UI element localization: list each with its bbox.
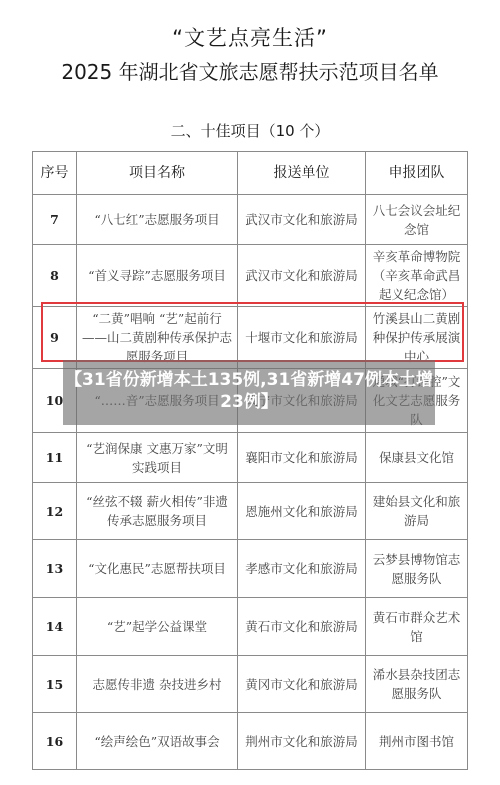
header-no: 序号 [33, 152, 77, 195]
row-team: 浠水县杂技团志愿服务队 [366, 656, 468, 713]
row-no: 11 [33, 433, 77, 483]
row-no: 8 [33, 245, 77, 307]
row-team: 保康县文化馆 [366, 433, 468, 483]
row-no: 12 [33, 483, 77, 540]
row-unit: 孝感市文化和旅游局 [238, 540, 366, 598]
table-row: 13 “文化惠民”志愿帮扶项目 孝感市文化和旅游局 云梦县博物馆志愿服务队 [33, 540, 468, 598]
table-row: 12 “丝弦不辍 薪火相传”非遗传承志愿服务项目 恩施州文化和旅游局 建始县文化… [33, 483, 468, 540]
row-team: 八七会议会址纪念馆 [366, 195, 468, 245]
table-row: 11 “艺润保康 文惠万家”文明实践项目 襄阳市文化和旅游局 保康县文化馆 [33, 433, 468, 483]
document-title-line2: 2025 年湖北省文旅志愿帮扶示范项目名单 [0, 56, 500, 85]
table-header-row: 序号 项目名称 报送单位 申报团队 [33, 152, 468, 195]
row-project: “绘声绘色”双语故事会 [77, 713, 238, 770]
row-project: “文化惠民”志愿帮扶项目 [77, 540, 238, 598]
row-project: 志愿传非遗 杂技进乡村 [77, 656, 238, 713]
table-row: 7 “八七红”志愿服务项目 武汉市文化和旅游局 八七会议会址纪念馆 [33, 195, 468, 245]
row-team: 黄石市群众艺术馆 [366, 598, 468, 656]
headline-overlay-banner: 【31省份新增本土135例,31省新增47例本土增23例】 [63, 360, 435, 425]
row-no: 14 [33, 598, 77, 656]
project-table: 序号 项目名称 报送单位 申报团队 7 “八七红”志愿服务项目 武汉市文化和旅游… [32, 151, 468, 770]
header-unit: 报送单位 [238, 152, 366, 195]
row-unit: 襄阳市文化和旅游局 [238, 433, 366, 483]
row-team: 荆州市图书馆 [366, 713, 468, 770]
header-project: 项目名称 [77, 152, 238, 195]
row-no: 13 [33, 540, 77, 598]
row-project: “艺润保康 文惠万家”文明实践项目 [77, 433, 238, 483]
row-team: 辛亥革命博物院（辛亥革命武昌起义纪念馆） [366, 245, 468, 307]
row-no: 16 [33, 713, 77, 770]
table-row: 8 “首义寻踪”志愿服务项目 武汉市文化和旅游局 辛亥革命博物院（辛亥革命武昌起… [33, 245, 468, 307]
row-unit: 黄冈市文化和旅游局 [238, 656, 366, 713]
row-project: “首义寻踪”志愿服务项目 [77, 245, 238, 307]
row-team: 云梦县博物馆志愿服务队 [366, 540, 468, 598]
row-unit: 武汉市文化和旅游局 [238, 195, 366, 245]
row-unit: 恩施州文化和旅游局 [238, 483, 366, 540]
row-project: “艺”起学公益课堂 [77, 598, 238, 656]
row-project: “八七红”志愿服务项目 [77, 195, 238, 245]
row-unit: 黄石市文化和旅游局 [238, 598, 366, 656]
table-row: 14 “艺”起学公益课堂 黄石市文化和旅游局 黄石市群众艺术馆 [33, 598, 468, 656]
row-unit: 荆州市文化和旅游局 [238, 713, 366, 770]
row-team: 建始县文化和旅游局 [366, 483, 468, 540]
section-heading: 二、十佳项目（10 个） [0, 120, 500, 141]
row-no: 7 [33, 195, 77, 245]
row-no: 15 [33, 656, 77, 713]
row-project: “丝弦不辍 薪火相传”非遗传承志愿服务项目 [77, 483, 238, 540]
table-row: 16 “绘声绘色”双语故事会 荆州市文化和旅游局 荆州市图书馆 [33, 713, 468, 770]
header-team: 申报团队 [366, 152, 468, 195]
table-row: 15 志愿传非遗 杂技进乡村 黄冈市文化和旅游局 浠水县杂技团志愿服务队 [33, 656, 468, 713]
document-title-line1: “文艺点亮生活” [0, 22, 500, 52]
row-unit: 武汉市文化和旅游局 [238, 245, 366, 307]
